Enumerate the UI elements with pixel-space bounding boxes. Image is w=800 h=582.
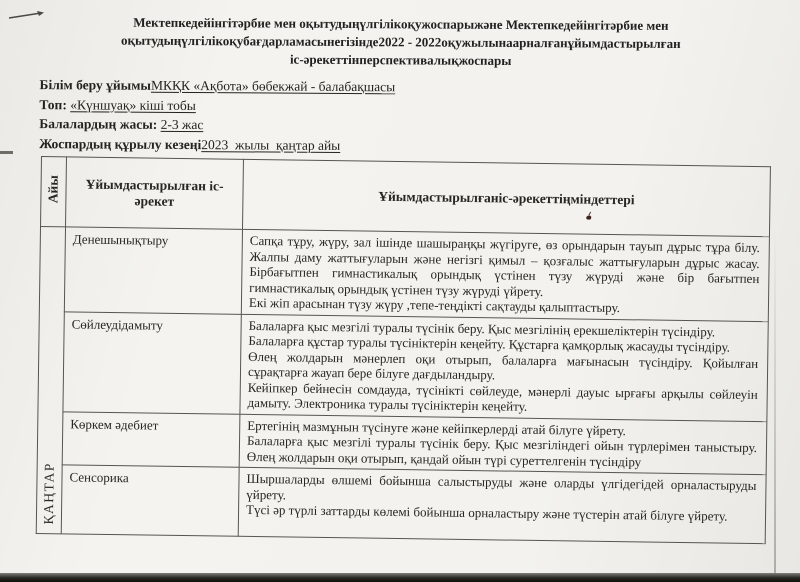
activity-cell: Денешынықтыру [64, 227, 242, 314]
month-label: ҚАҢТАР [41, 462, 58, 525]
scan-edge-mark [0, 151, 13, 154]
info-value: МКҚК «Ақбота» бөбекжай - балабақшасы [151, 78, 395, 94]
table-row: ҚАҢТАР Денешынықтыру Сапқа тұру, жүру, з… [39, 227, 769, 322]
tasks-cell: Шыршаларды өлшемі бойынша салыстыруды жә… [238, 467, 766, 543]
document-header: Мектепкедейінгітәрбие мен оқытудыңүлгілі… [19, 13, 782, 158]
task-paragraph: Кейіпкер бейнесін сомдауда, түсінікті сө… [247, 379, 757, 417]
activity-cell: Сенсорика [61, 465, 239, 536]
column-header-month: Айы [41, 157, 67, 227]
table-header-row: Айы Ұйымдастырылған іс-әрекет Ұйымдастыр… [41, 157, 771, 237]
info-label: Білім беру ұйымы [40, 77, 151, 93]
info-label: Топ: [39, 97, 70, 112]
table-row: Сенсорика Шыршаларды өлшемі бойынша салы… [36, 464, 766, 543]
info-label: Балалардың жасы: [39, 116, 160, 132]
info-line-period: Жоспардың құрылу кезеңі2023 жылы қаңтар … [39, 134, 781, 158]
tasks-cell: Ертегінің мазмұнын түсінуге және кейіпке… [239, 414, 767, 475]
document-info: Білім беру ұйымыМКҚК «Ақбота» бөбекжай -… [39, 75, 781, 158]
info-label: Жоспардың құрылу кезеңі [39, 136, 201, 152]
column-header-tasks: Ұйымдастырылғаніс-әрекеттіңміндеттері [242, 159, 770, 236]
info-value: «Күншуақ» кіші тобы [70, 97, 196, 113]
table-row: Сөйлеудідамыту Балаларға қыс мезгілі тур… [38, 311, 768, 421]
scan-bottom-bar [0, 573, 800, 582]
info-value: 2023 жылы қаңтар айы [201, 137, 340, 153]
column-header-activity: Ұйымдастырылған іс-әрекет [66, 157, 244, 229]
plan-table: Айы Ұйымдастырылған іс-әрекет Ұйымдастыр… [36, 156, 771, 544]
ink-spot [586, 216, 591, 220]
activity-cell: Сөйлеудідамыту [63, 311, 241, 413]
paper-edge-shadow [774, 230, 776, 573]
info-value: 2-3 жас [161, 117, 204, 132]
document-title: Мектепкедейінгітәрбие мен оқытудыңүлгілі… [20, 13, 782, 72]
tasks-cell: Балаларға қыс мезгілі туралы түсінік бер… [240, 314, 768, 421]
activity-cell: Көркем әдебиет [62, 411, 240, 467]
tasks-cell: Сапқа тұру, жүру, зал ішінде шашыраңқы ж… [241, 229, 769, 321]
task-paragraph: Балаларға қыс мезгілі туралы түсінік бер… [247, 433, 757, 471]
scanned-document-page: Мектепкедейінгітәрбие мен оқытудыңүлгілі… [0, 0, 800, 582]
task-paragraph: Сапқа тұру, жүру, зал ішінде шашыраңқы ж… [249, 233, 760, 302]
